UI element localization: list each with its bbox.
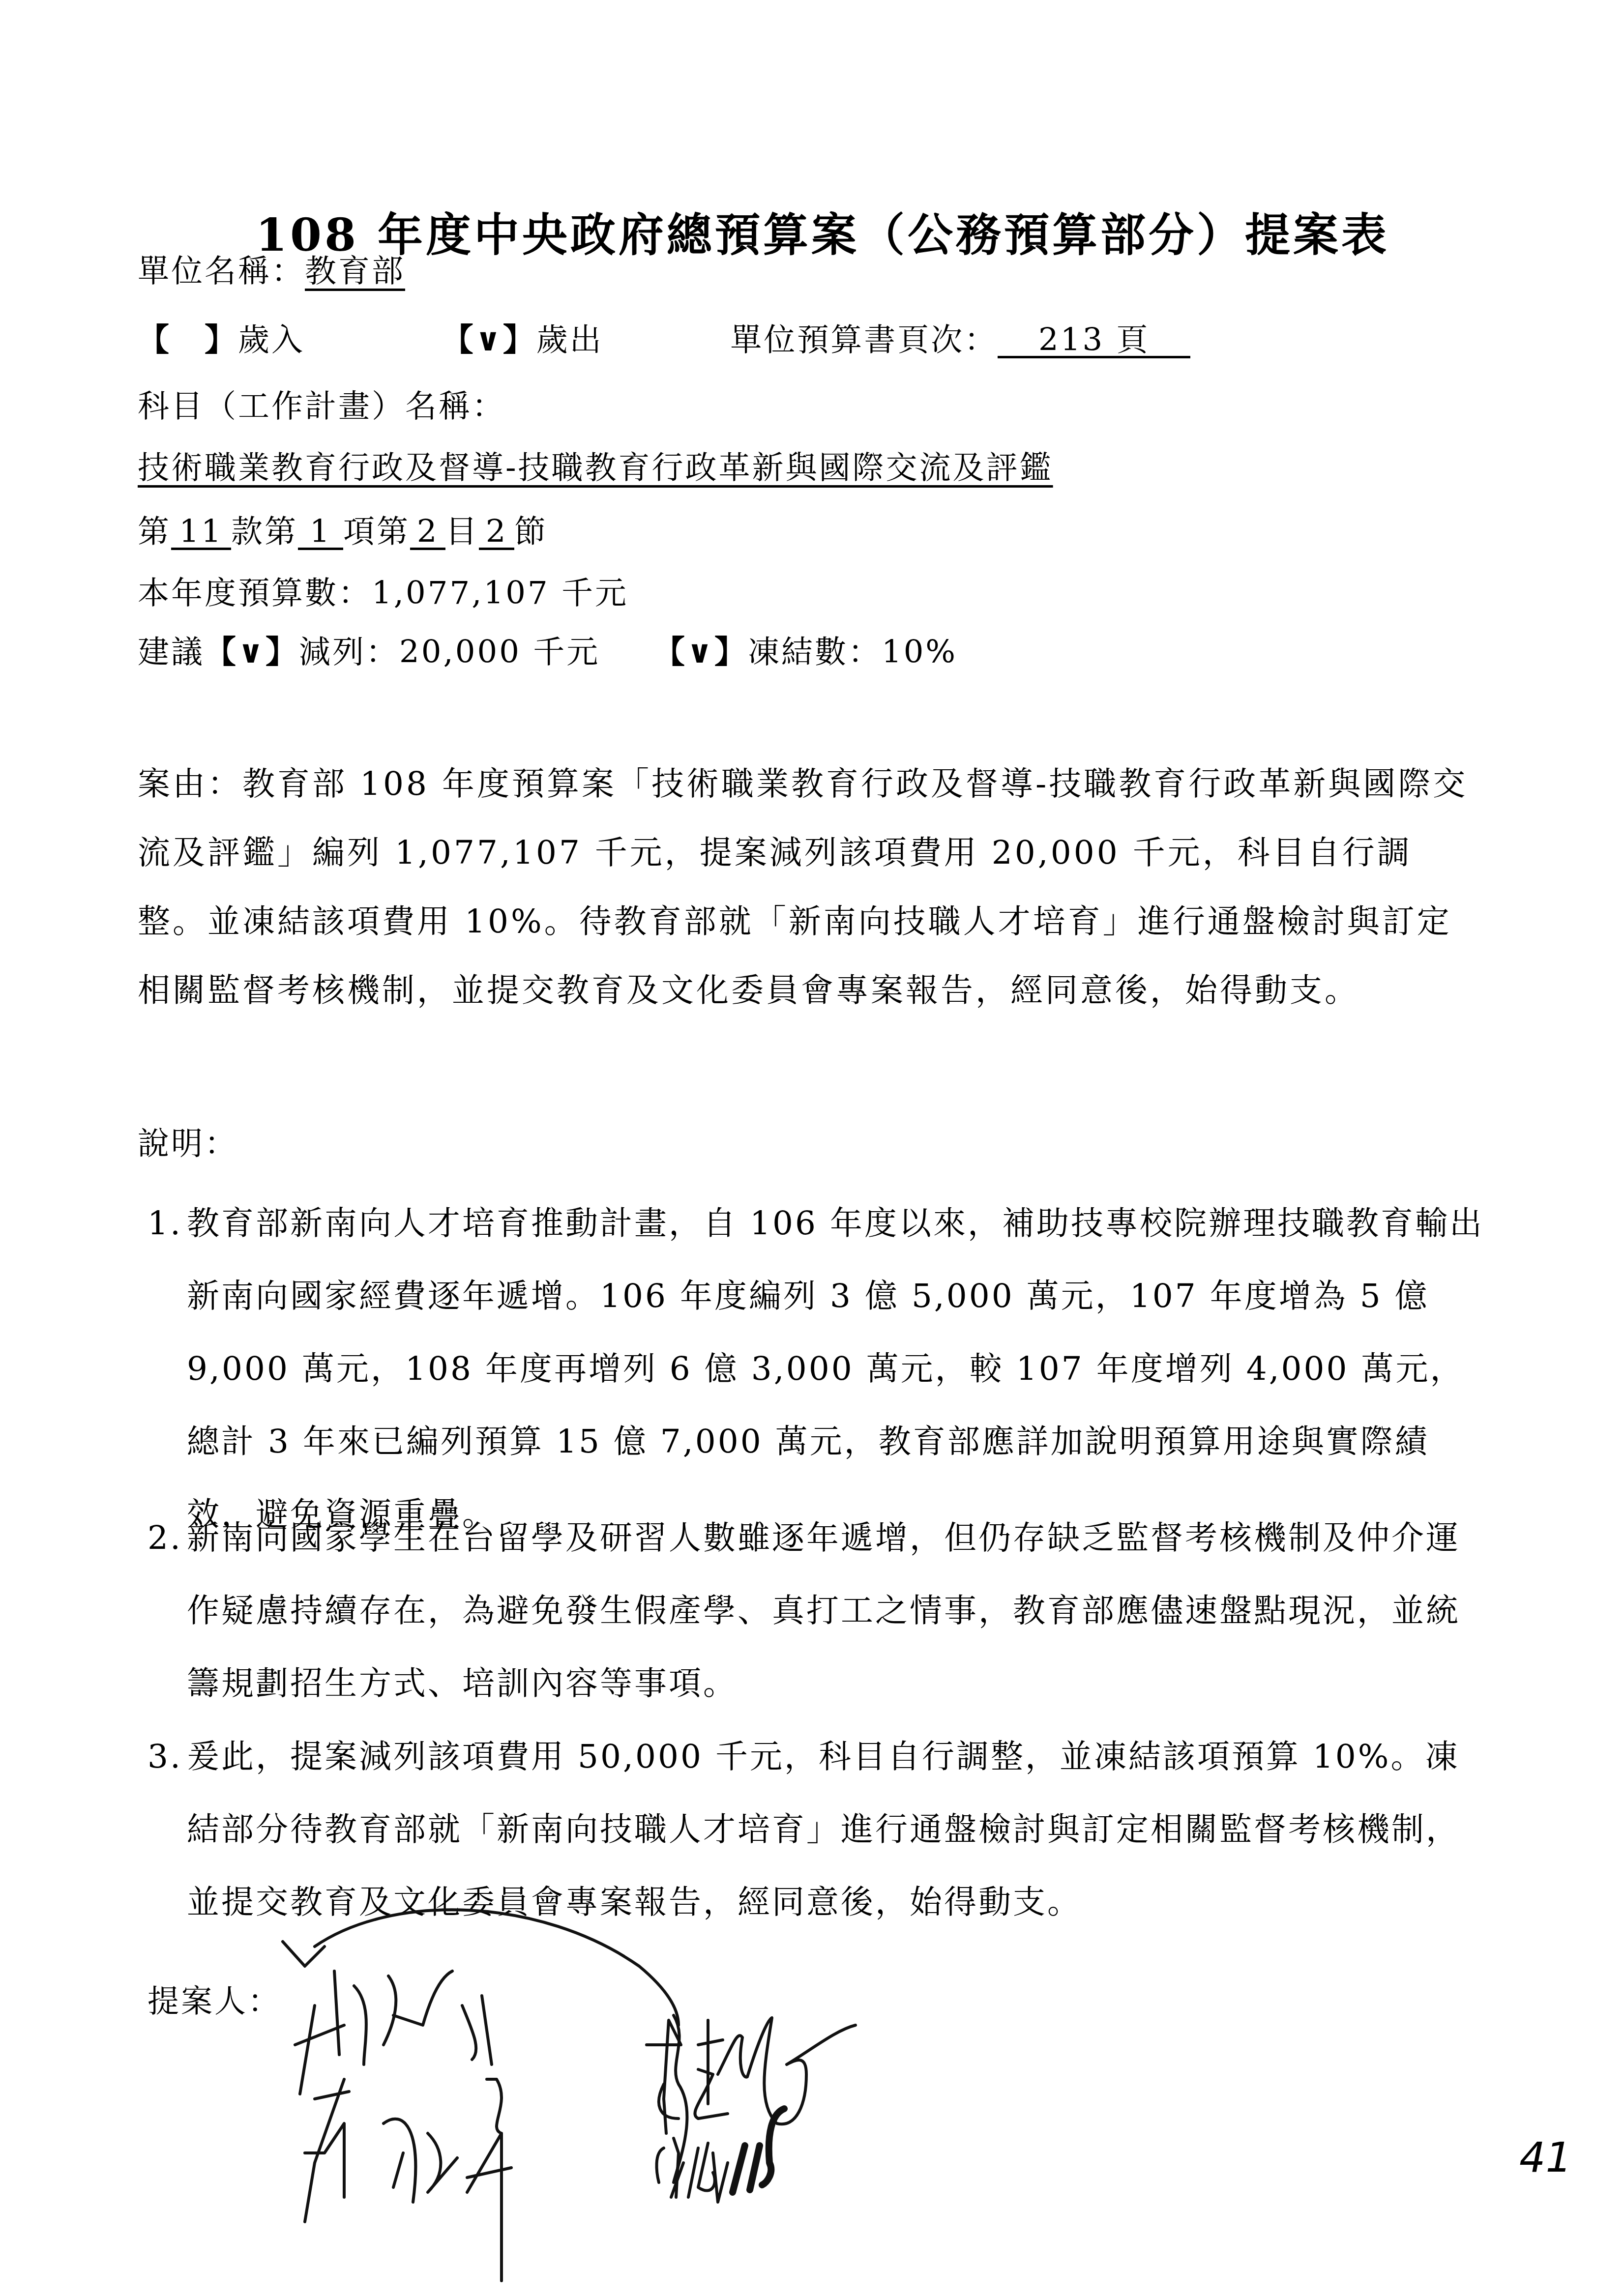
signature-zhi bbox=[695, 2020, 728, 2119]
page-number: 41 bbox=[1519, 2133, 1572, 2181]
signature-second bbox=[305, 2079, 511, 2281]
signature-ke bbox=[647, 2015, 687, 2182]
signature-lower bbox=[657, 2138, 728, 2202]
signature-number-115 bbox=[733, 2109, 784, 2192]
signature-lin-li-chan bbox=[295, 1971, 492, 2094]
handwritten-signatures bbox=[0, 0, 1624, 2296]
signature-arc bbox=[283, 1910, 679, 2025]
